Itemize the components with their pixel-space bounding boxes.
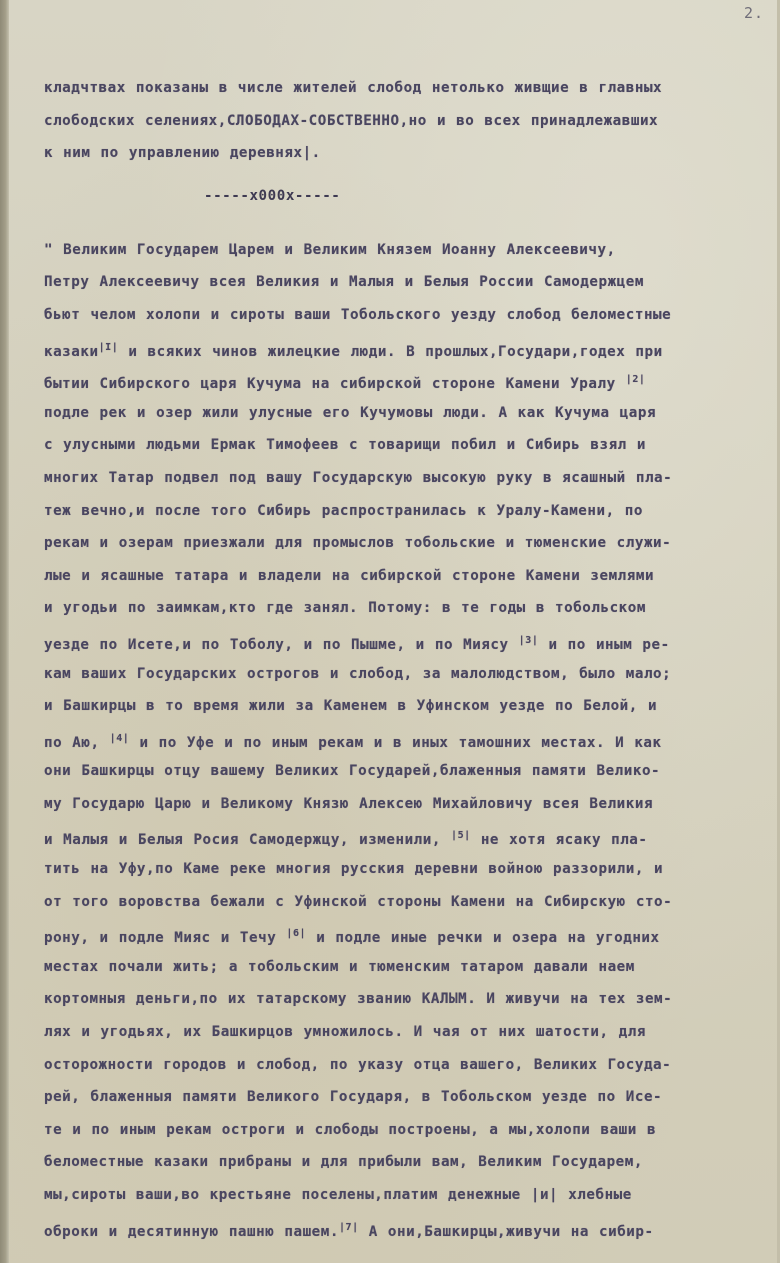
section-separator: -----х000х----- bbox=[44, 185, 764, 229]
petition-line: бытии Сибирского царя Кучума на сибирско… bbox=[44, 369, 764, 402]
footnote-marker: |6| bbox=[286, 928, 306, 939]
petition-line: оброки и десятинную пашню пашем.|7| А он… bbox=[44, 1217, 764, 1250]
line-text: рону, и подле Мияс и Течу bbox=[44, 930, 286, 946]
line-text: Петру Алексеевичу всея Великия и Малыя и… bbox=[44, 274, 644, 290]
intro-line: к ним по управлению деревнях|. bbox=[44, 142, 764, 175]
petition-line: беломестные казаки прибраны и для прибыл… bbox=[44, 1151, 764, 1184]
petition-line: рей, блаженныя памяти Великого Государя,… bbox=[44, 1086, 764, 1119]
petition-line: по Аю, |4| и по Уфе и по иным рекам и в … bbox=[44, 728, 764, 761]
petition-line: и Башкирцы в то время жили за Каменем в … bbox=[44, 695, 764, 728]
petition-line: осторожности городов и слобод, по указу … bbox=[44, 1054, 764, 1087]
line-text: и по Уфе и по иным рекам и в иных тамошн… bbox=[129, 735, 661, 751]
petition-line: мы,сироты ваши,во крестьяне поселены,пла… bbox=[44, 1184, 764, 1217]
line-text: с улусными людьми Ермак Тимофеев с товар… bbox=[44, 437, 646, 453]
line-text: многих Татар подвел под вашу Государскую… bbox=[44, 470, 672, 486]
petition-line: кортомныя деньги,по их татарскому званию… bbox=[44, 988, 764, 1021]
petition-line: они Башкирцы отцу вашему Великих Государ… bbox=[44, 760, 764, 793]
petition-line: местах почали жить; а тобольским и тюмен… bbox=[44, 956, 764, 989]
line-text: и подле иные речки и озера на угодних bbox=[306, 930, 659, 946]
line-text: осторожности городов и слобод, по указу … bbox=[44, 1057, 671, 1073]
petition-line: " Великим Государем Царем и Великим Княз… bbox=[44, 239, 764, 272]
line-text: тить на Уфу,по Каме реке многия русския … bbox=[44, 861, 663, 877]
petition-line: бьют челом холопи и сироты ваши Тобольск… bbox=[44, 304, 764, 337]
footnote-marker: |4| bbox=[110, 733, 130, 744]
footnote-marker: |3| bbox=[519, 635, 539, 646]
line-text: А они,Башкирцы,живучи на сибир- bbox=[359, 1224, 654, 1240]
line-text: рей, блаженныя памяти Великого Государя,… bbox=[44, 1089, 662, 1105]
petition-line: и Малыя и Белыя Росия Самодержцу, измени… bbox=[44, 825, 764, 858]
petition-line: уезде по Исете,и по Тоболу, и по Пышме, … bbox=[44, 630, 764, 663]
line-text: и всяких чинов жилецкие люди. В прошлых,… bbox=[118, 344, 662, 360]
petition-line: лые и ясашные татара и владели на сибирс… bbox=[44, 565, 764, 598]
petition-line: кам ваших Государских острогов и слобод,… bbox=[44, 663, 764, 696]
line-text: уезде по Исете,и по Тоболу, и по Пышме, … bbox=[44, 637, 519, 653]
page-number: 2. bbox=[744, 4, 764, 22]
line-text: казаки bbox=[44, 344, 99, 360]
typewritten-text: кладчтвах показаны в числе жителей слобо… bbox=[44, 77, 764, 1249]
line-text: " Великим Государем Царем и Великим Княз… bbox=[44, 242, 616, 258]
line-text: по Аю, bbox=[44, 735, 110, 751]
petition-line: тить на Уфу,по Каме реке многия русския … bbox=[44, 858, 764, 891]
petition-line: рекам и озерам приезжали для промыслов т… bbox=[44, 532, 764, 565]
footnote-marker: |I| bbox=[99, 342, 119, 353]
petition-line: подле рек и озер жили улусные его Кучумо… bbox=[44, 402, 764, 435]
line-text: и по иным ре- bbox=[538, 637, 669, 653]
footnote-marker: |5| bbox=[451, 830, 471, 841]
line-text: бьют челом холопи и сироты ваши Тобольск… bbox=[44, 307, 671, 323]
petition-line: от того воровства бежали с Уфинской стор… bbox=[44, 891, 764, 924]
line-text: и Малыя и Белыя Росия Самодержцу, измени… bbox=[44, 832, 451, 848]
line-text: бытии Сибирского царя Кучума на сибирско… bbox=[44, 376, 626, 392]
line-text: они Башкирцы отцу вашему Великих Государ… bbox=[44, 763, 660, 779]
petition-line: и угодьи по заимкам,кто где занял. Потом… bbox=[44, 597, 764, 630]
petition-line: те и по иным рекам остроги и слободы пос… bbox=[44, 1119, 764, 1152]
line-text: рекам и озерам приезжали для промыслов т… bbox=[44, 535, 671, 551]
line-text: и Башкирцы в то время жили за Каменем в … bbox=[44, 698, 657, 714]
intro-line: слободских селениях,СЛОБОДАХ-СОБСТВЕННО,… bbox=[44, 110, 764, 143]
line-text: кам ваших Государских острогов и слобод,… bbox=[44, 666, 671, 682]
intro-line: кладчтвах показаны в числе жителей слобо… bbox=[44, 77, 764, 110]
line-text: подле рек и озер жили улусные его Кучумо… bbox=[44, 405, 656, 421]
line-text: не хотя ясаку пла- bbox=[471, 832, 648, 848]
footnote-marker: |2| bbox=[626, 374, 646, 385]
petition-line: многих Татар подвел под вашу Государскую… bbox=[44, 467, 764, 500]
petition-line: рону, и подле Мияс и Течу |6| и подле ин… bbox=[44, 923, 764, 956]
petition-line: му Государю Царю и Великому Князю Алексе… bbox=[44, 793, 764, 826]
line-text: от того воровства бежали с Уфинской стор… bbox=[44, 894, 672, 910]
page-binding-edge bbox=[0, 0, 9, 1263]
line-text: и угодьи по заимкам,кто где занял. Потом… bbox=[44, 600, 646, 616]
petition-text: " Великим Государем Царем и Великим Княз… bbox=[44, 239, 764, 1249]
line-text: лые и ясашные татара и владели на сибирс… bbox=[44, 568, 654, 584]
petition-line: Петру Алексеевичу всея Великия и Малыя и… bbox=[44, 271, 764, 304]
line-text: те и по иным рекам остроги и слободы пос… bbox=[44, 1122, 656, 1138]
petition-line: казаки|I| и всяких чинов жилецкие люди. … bbox=[44, 337, 764, 370]
document-page: 2. кладчтвах показаны в числе жителей сл… bbox=[0, 0, 780, 1263]
line-text: оброки и десятинную пашню пашем. bbox=[44, 1224, 339, 1240]
line-text: мы,сироты ваши,во крестьяне поселены,пла… bbox=[44, 1187, 632, 1203]
petition-line: с улусными людьми Ермак Тимофеев с товар… bbox=[44, 434, 764, 467]
line-text: му Государю Царю и Великому Князю Алексе… bbox=[44, 796, 653, 812]
line-text: местах почали жить; а тобольским и тюмен… bbox=[44, 959, 635, 975]
line-text: беломестные казаки прибраны и для прибыл… bbox=[44, 1154, 643, 1170]
petition-line: теж вечно,и после того Сибирь распростра… bbox=[44, 500, 764, 533]
line-text: теж вечно,и после того Сибирь распростра… bbox=[44, 503, 643, 519]
footnote-marker: |7| bbox=[339, 1222, 359, 1233]
line-text: кортомныя деньги,по их татарскому званию… bbox=[44, 991, 672, 1007]
petition-line: лях и угодьях, их Башкирцов умножилось. … bbox=[44, 1021, 764, 1054]
line-text: лях и угодьях, их Башкирцов умножилось. … bbox=[44, 1024, 646, 1040]
